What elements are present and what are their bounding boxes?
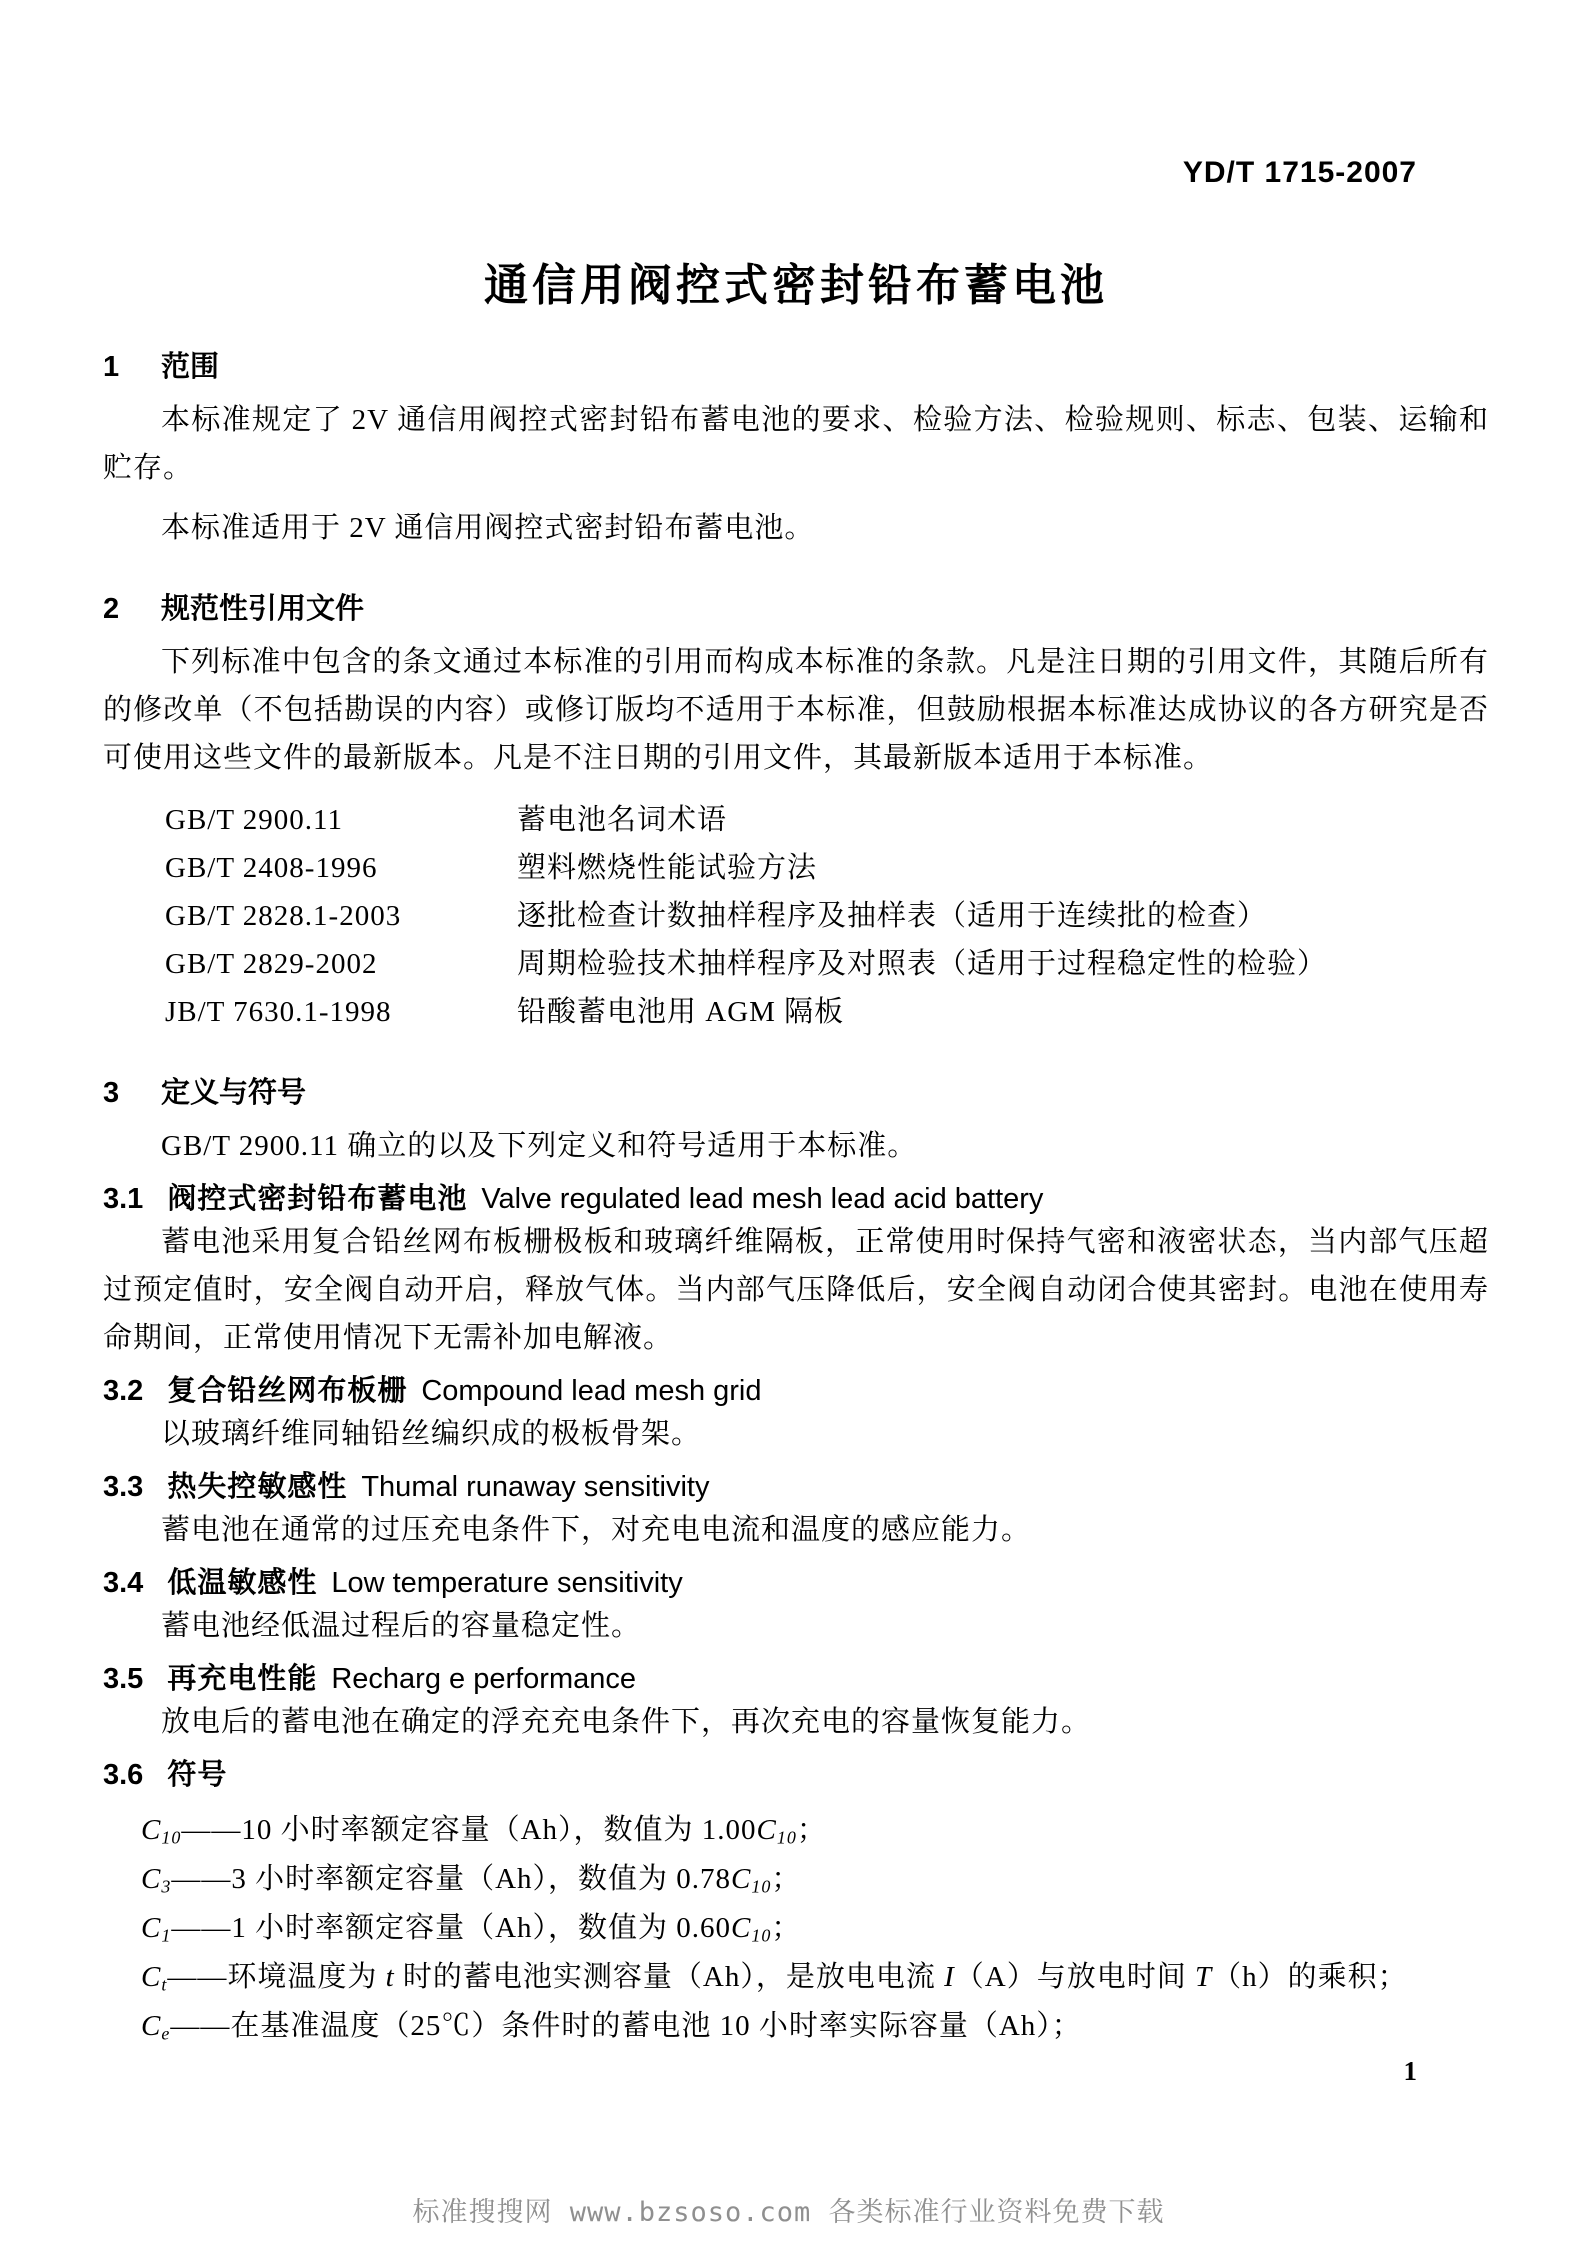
subsection-term: 复合铅丝网布板栅 (167, 1375, 407, 1407)
subsection-heading: 3.5再充电性能Recharg e performance (103, 1662, 1489, 1696)
symbol-text-segment: ——在基准温度（25℃）条件时的蓄电池 10 小时率实际容量（Ah）； (170, 2010, 1081, 2042)
symbol-text-segment: （A）与放电时间 (955, 1961, 1195, 1993)
symbol-definition: C10——10 小时率额定容量（Ah），数值为 1.00C10； (141, 1806, 1489, 1855)
document-title: 通信用阀控式密封铅布蓄电池 (103, 262, 1489, 310)
symbol-text-segment: 10 (751, 1876, 771, 1896)
symbol-definition: C3——3 小时率额定容量（Ah），数值为 0.78C10； (141, 1855, 1489, 1904)
section-scope: 1范围 本标准规定了 2V 通信用阀控式密封铅布蓄电池的要求、检验方法、检验规则… (103, 350, 1489, 552)
symbol-text-segment: 时的蓄电池实测容量（Ah），是放电电流 (395, 1961, 944, 1993)
symbol-text-segment: ； (797, 1814, 827, 1846)
section-1-title: 范围 (161, 351, 219, 383)
subsection-body: 蓄电池经低温过程后的容量稳定性。 (103, 1602, 1489, 1650)
section-3-intro: GB/T 2900.11 确立的以及下列定义和符号适用于本标准。 (103, 1122, 1489, 1170)
subsection-body: 蓄电池在通常的过压充电条件下，对充电电流和温度的感应能力。 (103, 1506, 1489, 1554)
subsection-term: 低温敏感性 (167, 1567, 317, 1599)
section-1-paragraph: 本标准适用于 2V 通信用阀控式密封铅布蓄电池。 (103, 504, 1489, 552)
section-3-heading: 3定义与符号 (103, 1076, 1489, 1110)
symbol-text-segment: I (944, 1961, 955, 1993)
section-1-paragraph: 本标准规定了 2V 通信用阀控式密封铅布蓄电池的要求、检验方法、检验规则、标志、… (103, 396, 1489, 492)
references-list: GB/T 2900.11蓄电池名词术语GB/T 2408-1996塑料燃烧性能试… (103, 796, 1489, 1036)
section-3-number: 3 (103, 1076, 161, 1110)
symbol-definition: Ct——环境温度为 t 时的蓄电池实测容量（Ah），是放电电流 I（A）与放电时… (141, 1953, 1489, 2002)
section-normative-references: 2规范性引用文件 下列标准中包含的条文通过本标准的引用而构成本标准的条款。凡是注… (103, 592, 1489, 1036)
reference-code: JB/T 7630.1-1998 (165, 988, 517, 1036)
symbol-text-segment: 10 (751, 1925, 771, 1945)
reference-code: GB/T 2900.11 (165, 796, 517, 844)
subsection-term: 符号 (167, 1759, 227, 1791)
symbol-text-segment: C (731, 1863, 751, 1895)
section-2-title: 规范性引用文件 (161, 593, 364, 625)
symbol-text-segment: 10 (161, 1827, 181, 1847)
symbol-text-segment: 10 (777, 1827, 797, 1847)
section-1-number: 1 (103, 350, 161, 384)
subsection-heading: 3.3热失控敏感性Thumal runaway sensitivity (103, 1470, 1489, 1504)
symbol-text-segment: 3 (161, 1876, 171, 1896)
symbols-list: C10——10 小时率额定容量（Ah），数值为 1.00C10；C3——3 小时… (103, 1806, 1489, 2051)
section-2-intro: 下列标准中包含的条文通过本标准的引用而构成本标准的条款。凡是注日期的引用文件，其… (103, 638, 1489, 782)
symbol-text-segment: ——10 小时率额定容量（Ah），数值为 1.00 (181, 1814, 756, 1846)
symbol-definition: Ce——在基准温度（25℃）条件时的蓄电池 10 小时率实际容量（Ah）； (141, 2002, 1489, 2051)
subsection-number: 3.6 (103, 1759, 143, 1791)
section-1-paragraphs: 本标准规定了 2V 通信用阀控式密封铅布蓄电池的要求、检验方法、检验规则、标志、… (103, 396, 1489, 552)
reference-row: JB/T 7630.1-1998铅酸蓄电池用 AGM 隔板 (165, 988, 1489, 1036)
reference-row: GB/T 2900.11蓄电池名词术语 (165, 796, 1489, 844)
reference-row: GB/T 2828.1-2003逐批检查计数抽样程序及抽样表（适用于连续批的检查… (165, 892, 1489, 940)
reference-code: GB/T 2408-1996 (165, 844, 517, 892)
symbol-text-segment: T (1195, 1961, 1212, 1993)
symbol-text-segment: C (141, 1961, 161, 1993)
symbol-text-segment: （h）的乘积； (1212, 1961, 1408, 1993)
symbol-text-segment: 1 (161, 1925, 171, 1945)
subsection-number: 3.3 (103, 1471, 143, 1503)
subsection-number: 3.5 (103, 1663, 143, 1695)
symbol-text-segment: ； (771, 1912, 801, 1944)
symbol-text-segment: ； (771, 1863, 801, 1895)
symbol-text-segment: C (141, 1814, 161, 1846)
symbol-text-segment: C (141, 1912, 161, 1944)
subsection-number: 3.1 (103, 1183, 143, 1215)
subsection-body: 蓄电池采用复合铅丝网布板栅极板和玻璃纤维隔板，正常使用时保持气密和液密状态，当内… (103, 1218, 1489, 1362)
symbol-text-segment: C (141, 2010, 161, 2042)
subsection-heading: 3.4低温敏感性Low temperature sensitivity (103, 1566, 1489, 1600)
symbol-text-segment: C (141, 1863, 161, 1895)
standard-code: YD/T 1715-2007 (1183, 156, 1417, 189)
subsection-body: 放电后的蓄电池在确定的浮充充电条件下，再次充电的容量恢复能力。 (103, 1698, 1489, 1746)
definition-subsections: 3.1阀控式密封铅布蓄电池Valve regulated lead mesh l… (103, 1182, 1489, 1792)
reference-code: GB/T 2828.1-2003 (165, 892, 517, 940)
subsection-term-english: Compound lead mesh grid (421, 1375, 761, 1407)
reference-title: 铅酸蓄电池用 AGM 隔板 (517, 988, 1489, 1036)
document-page: YD/T 1715-2007 通信用阀控式密封铅布蓄电池 1范围 本标准规定了 … (0, 0, 1577, 2244)
subsection-body: 以玻璃纤维同轴铅丝编织成的极板骨架。 (103, 1410, 1489, 1458)
page-number: 1 (1404, 2056, 1418, 2087)
reference-title: 蓄电池名词术语 (517, 796, 1489, 844)
reference-title: 逐批检查计数抽样程序及抽样表（适用于连续批的检查） (517, 892, 1489, 940)
subsection-term-english: Recharg e performance (331, 1663, 636, 1695)
section-definitions-symbols: 3定义与符号 GB/T 2900.11 确立的以及下列定义和符号适用于本标准。 … (103, 1076, 1489, 2051)
section-1-heading: 1范围 (103, 350, 1489, 384)
section-3-title: 定义与符号 (161, 1077, 306, 1109)
footer-watermark: 标准搜搜网 www.bzsoso.com 各类标准行业资料免费下载 (0, 2190, 1577, 2229)
section-2-number: 2 (103, 592, 161, 626)
symbol-text-segment: C (757, 1814, 777, 1846)
subsection-heading: 3.2复合铅丝网布板栅Compound lead mesh grid (103, 1374, 1489, 1408)
section-2-heading: 2规范性引用文件 (103, 592, 1489, 626)
subsection-heading: 3.1阀控式密封铅布蓄电池Valve regulated lead mesh l… (103, 1182, 1489, 1216)
symbol-text-segment: t (386, 1961, 395, 1993)
symbol-definition: C1——1 小时率额定容量（Ah），数值为 0.60C10； (141, 1904, 1489, 1953)
subsection-number: 3.2 (103, 1375, 143, 1407)
subsection-term: 热失控敏感性 (167, 1471, 347, 1503)
symbol-text-segment: ——1 小时率额定容量（Ah），数值为 0.60 (171, 1912, 731, 1944)
subsection-heading: 3.6符号 (103, 1758, 1489, 1792)
symbol-text-segment: e (161, 2023, 170, 2043)
subsection-term-english: Valve regulated lead mesh lead acid batt… (481, 1183, 1043, 1215)
reference-row: GB/T 2829-2002周期检验技术抽样程序及对照表（适用于过程稳定性的检验… (165, 940, 1489, 988)
symbol-text-segment: ——环境温度为 (167, 1961, 385, 1993)
reference-title: 塑料燃烧性能试验方法 (517, 844, 1489, 892)
subsection-term: 阀控式密封铅布蓄电池 (167, 1183, 467, 1215)
reference-code: GB/T 2829-2002 (165, 940, 517, 988)
symbol-text-segment: C (731, 1912, 751, 1944)
document-header: YD/T 1715-2007 (103, 156, 1489, 190)
symbol-text-segment: ——3 小时率额定容量（Ah），数值为 0.78 (171, 1863, 731, 1895)
subsection-term: 再充电性能 (167, 1663, 317, 1695)
subsection-number: 3.4 (103, 1567, 143, 1599)
subsection-term-english: Thumal runaway sensitivity (361, 1471, 709, 1503)
reference-title: 周期检验技术抽样程序及对照表（适用于过程稳定性的检验） (517, 940, 1489, 988)
reference-row: GB/T 2408-1996塑料燃烧性能试验方法 (165, 844, 1489, 892)
subsection-term-english: Low temperature sensitivity (331, 1567, 682, 1599)
